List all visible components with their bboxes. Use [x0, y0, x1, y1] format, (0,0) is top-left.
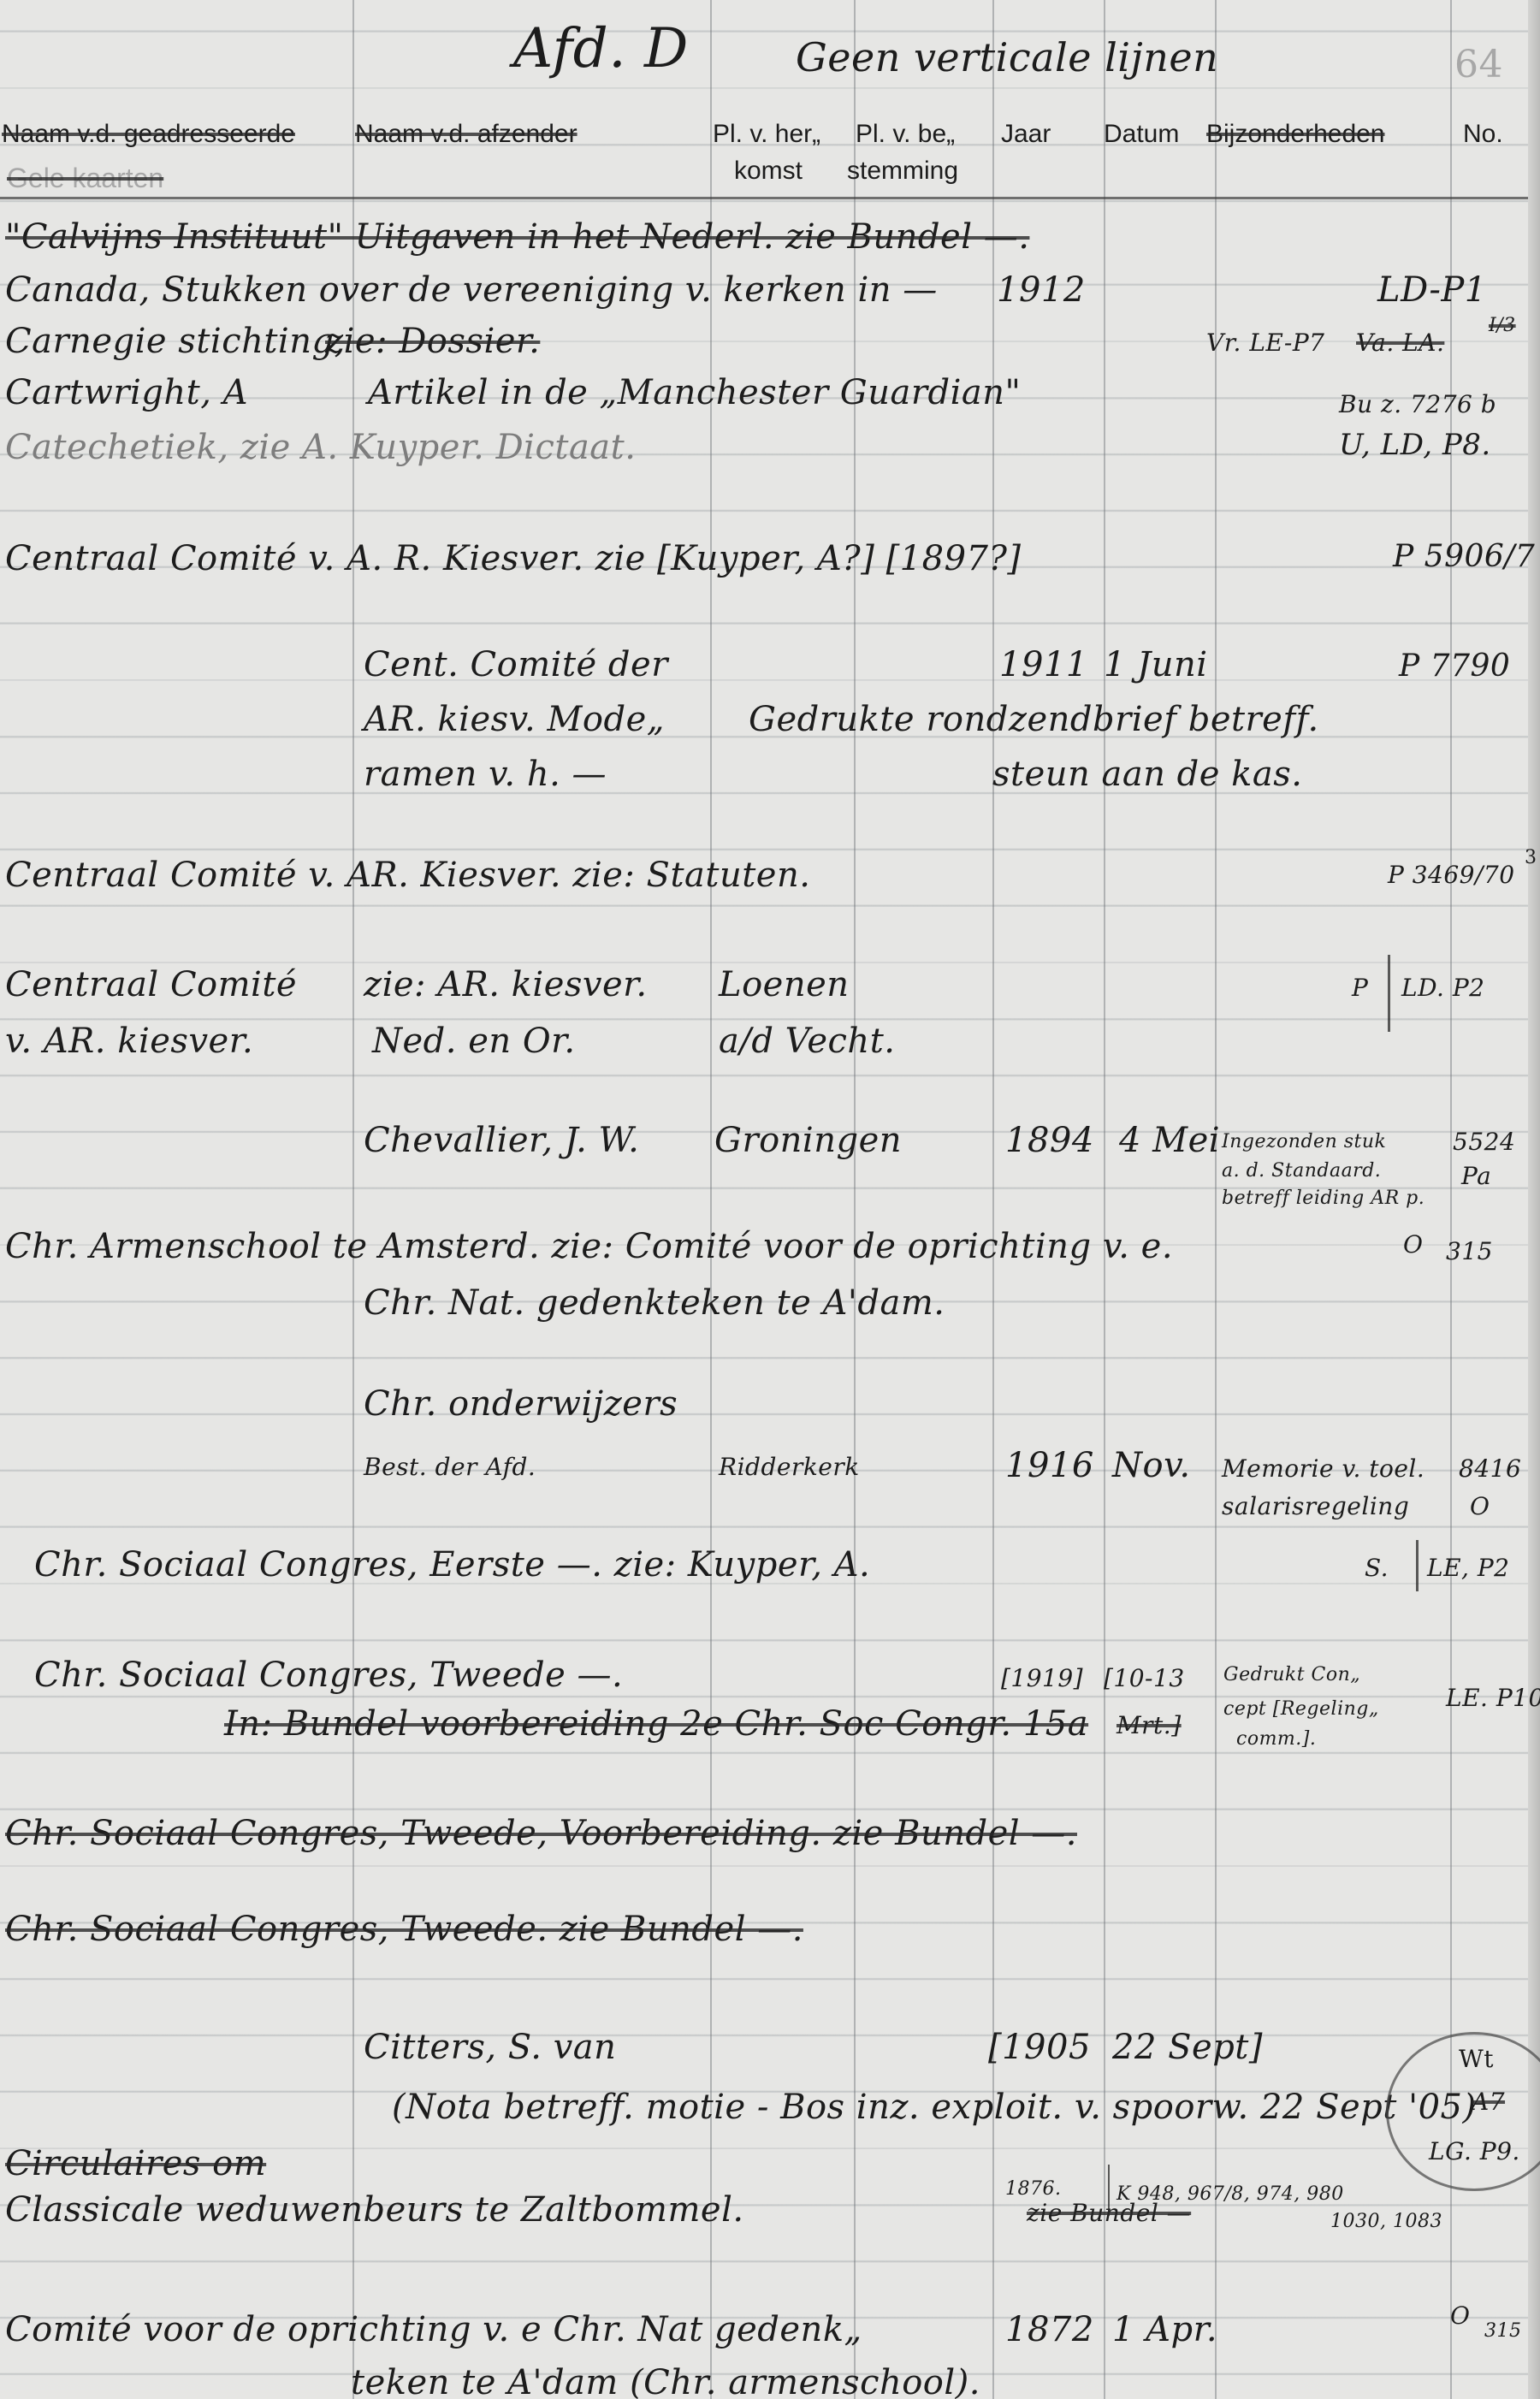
- entry-sociaal-1: Chr. Sociaal Congres, Eerste —. zie: Kuy…: [34, 1545, 870, 1585]
- entry-canada-number: LD-P1: [1377, 270, 1487, 310]
- header-origin-2: komst: [734, 157, 803, 186]
- entry-comite-prefix: O: [1450, 2301, 1470, 2330]
- entry-onderwijzers-date: Nov.: [1112, 1446, 1191, 1485]
- entry-centraal-1: Centraal Comité v. A. R. Kiesver. zie [K…: [5, 539, 1022, 578]
- entry-centcomite-number: P 7790: [1399, 649, 1510, 684]
- divider-stroke: [1388, 955, 1390, 1032]
- header-date: Datum: [1104, 120, 1179, 149]
- entry-sociaal-1-prefix: S.: [1365, 1554, 1389, 1582]
- ledger-sheet: Afd. D Geen verticale lijnen 64 Naam v.d…: [0, 0, 1540, 2399]
- entry-carnegie-details: Vr. LE-P7: [1206, 329, 1325, 357]
- entry-chevallier-details-2: a. d. Standaard.: [1222, 1160, 1381, 1182]
- header-destination: Pl. v. be„: [856, 120, 955, 149]
- entry-comite-date: 1 Apr.: [1112, 2310, 1217, 2349]
- entry-sociaal-3: Chr. Sociaal Congres, Tweede, Voorbereid…: [5, 1814, 1077, 1853]
- column-rule: [1104, 0, 1105, 2399]
- entry-onderwijzers-details-2: salarisregeling: [1222, 1492, 1409, 1520]
- entry-canada: Canada, Stukken over de vereeniging v. k…: [5, 270, 938, 310]
- entry-classicale-year: 1876.: [1005, 2178, 1061, 2200]
- entry-chevallier-details-1: Ingezonden stuk: [1222, 1131, 1386, 1152]
- divider-stroke: [1416, 1540, 1419, 1591]
- entry-classicale-details-2: 1030, 1083: [1330, 2211, 1442, 2232]
- entry-carnegie-struck-sup: I/3: [1489, 315, 1516, 336]
- entry-sociaal-1-number: LE, P2: [1427, 1554, 1510, 1582]
- header-destination-2: stemming: [847, 157, 958, 186]
- entry-centraal-1-number: P 5906/7: [1393, 539, 1535, 574]
- entry-carnegie-struck: zie: Dossier.: [325, 322, 540, 361]
- entry-centcomite-desc-2: steun aan de kas.: [992, 755, 1303, 794]
- entry-chevallier-date: 4 Mei: [1119, 1121, 1220, 1160]
- entry-centraal-3-number: LD. P2: [1401, 974, 1485, 1002]
- entry-sociaal-2-details-1: Gedrukt Con„: [1223, 1664, 1360, 1685]
- entry-sociaal-2-date-1: [10-13: [1104, 1664, 1185, 1692]
- section-title: Afd. D: [513, 17, 689, 80]
- entry-armenschool-2: Chr. Nat. gedenkteken te A'dam.: [364, 1283, 945, 1323]
- entry-onderwijzers-2: Best. der Afd.: [364, 1453, 536, 1481]
- entry-citters-number-struck: A7: [1472, 2088, 1505, 2116]
- entry-cartwright-sender: Artikel in de „Manchester Guardian": [368, 373, 1021, 412]
- entry-centraal-3-1: Centraal Comité: [5, 965, 297, 1004]
- entry-sociaal-2-date-2: Mrt.]: [1116, 1711, 1182, 1739]
- entry-onderwijzers-year: 1916: [1005, 1446, 1094, 1485]
- entry-comite-number: 315: [1484, 2320, 1522, 2342]
- entry-onderwijzers-origin: Ridderkerk: [719, 1453, 860, 1481]
- entry-catechetiek-number: U, LD, P8.: [1339, 428, 1491, 462]
- entry-sociaal-2-year: [1919]: [1001, 1664, 1083, 1692]
- entry-centraal-3-prefix: P: [1352, 974, 1368, 1002]
- header-addressee: Naam v.d. geadresseerde: [2, 120, 295, 149]
- header-sender: Naam v.d. afzender: [355, 120, 577, 149]
- entry-circulaires: Circulaires om: [5, 2144, 266, 2183]
- entry-armenschool-prefix: O: [1403, 1230, 1423, 1259]
- entry-chevallier-sender: Chevallier, J. W.: [364, 1121, 639, 1160]
- entry-centraal-3-2: v. AR. kiesver.: [5, 1022, 253, 1061]
- entry-chevallier-number-2: Pa: [1461, 1162, 1491, 1190]
- entry-chevallier-details-3: betreff leiding AR p.: [1222, 1188, 1424, 1209]
- column-rule: [710, 0, 712, 2399]
- entry-sociaal-4: Chr. Sociaal Congres, Tweede. zie Bundel…: [5, 1910, 803, 1949]
- entry-sociaal-2: Chr. Sociaal Congres, Tweede —.: [34, 1656, 623, 1695]
- entry-armenschool-number: 315: [1446, 1237, 1493, 1265]
- entry-classicale: Classicale weduwenbeurs te Zaltbommel.: [5, 2190, 744, 2230]
- header-rule: [0, 197, 1540, 199]
- entry-centraal-3-origin-1: Loenen: [719, 965, 850, 1004]
- entry-onderwijzers-1: Chr. onderwijzers: [364, 1384, 678, 1424]
- entry-centcomite-sender-3: ramen v. h. —: [364, 755, 607, 794]
- entry-onderwijzers-number-1: 8416: [1459, 1454, 1521, 1483]
- entry-centraal-3-sender-2: Ned. en Or.: [372, 1022, 576, 1061]
- entry-comite: Comité voor de oprichting v. e Chr. Nat …: [5, 2310, 862, 2349]
- divider-stroke: [1108, 2165, 1110, 2216]
- entry-centraal-3-sender-1: zie: AR. kiesver.: [364, 965, 648, 1004]
- entry-comite-year: 1872: [1005, 2310, 1094, 2349]
- entry-classicale-details-1: K 948, 967/8, 974, 980: [1116, 2183, 1344, 2205]
- entry-onderwijzers-details-1: Memorie v. toel.: [1222, 1454, 1424, 1483]
- page-edge: [1528, 0, 1540, 2399]
- column-rule: [854, 0, 856, 2399]
- entry-sociaal-2-details-3: comm.].: [1236, 1728, 1316, 1750]
- entry-calvijns: "Calvijns Instituut" Uitgaven in het Ned…: [5, 217, 1029, 257]
- header-origin: Pl. v. her„: [713, 120, 820, 149]
- entry-catechetiek: Catechetiek, zie A. Kuyper. Dictaat.: [5, 428, 636, 467]
- entry-citters-number-top: Wt: [1459, 2045, 1494, 2073]
- entry-chevallier-origin: Groningen: [714, 1121, 902, 1160]
- entry-centraal-3-origin-2: a/d Vecht.: [719, 1022, 895, 1061]
- section-note: Geen verticale lijnen: [796, 34, 1218, 80]
- entry-citters-sender: Citters, S. van: [364, 2028, 616, 2067]
- entry-cartwright-number: Bu z. 7276 b: [1339, 390, 1496, 418]
- entry-centraal-2-sup: 3: [1525, 847, 1537, 868]
- entry-centcomite-sender-2: AR. kiesv. Mode„: [364, 700, 665, 739]
- entry-sociaal-2-number: LE. P10: [1446, 1684, 1540, 1712]
- entry-citters-date: 22 Sept]: [1112, 2028, 1263, 2067]
- entry-chevallier-number-1: 5524: [1453, 1128, 1515, 1156]
- page-number: 64: [1454, 43, 1503, 86]
- entry-citters-number-bottom: LG. P9.: [1429, 2137, 1520, 2165]
- entry-centraal-2-number: P 3469/70: [1388, 861, 1515, 889]
- entry-sociaal-2-struck: In: Bundel voorbereiding 2e Chr. Soc Con…: [224, 1704, 1088, 1744]
- header-details: Bijzonderheden: [1206, 120, 1385, 149]
- entry-chevallier-year: 1894: [1005, 1121, 1094, 1160]
- entry-canada-year: 1912: [997, 270, 1086, 310]
- entry-centcomite-desc-1: Gedrukte rondzendbrief betreff.: [749, 700, 1319, 739]
- entry-centcomite-year: 1911: [999, 645, 1088, 684]
- entry-comite-2: teken te A'dam (Chr. armenschool).: [351, 2363, 980, 2399]
- entry-citters-note: (Nota betreff. motie - Bos inz. exploit.…: [392, 2088, 1477, 2127]
- entry-armenschool: Chr. Armenschool te Amsterd. zie: Comité…: [5, 1227, 1173, 1266]
- entry-onderwijzers-number-2: O: [1470, 1492, 1490, 1520]
- header-number: No.: [1463, 120, 1503, 149]
- entry-centcomite-sender-1: Cent. Comité der: [364, 645, 668, 684]
- entry-carnegie-struck-details: Va. LA.: [1356, 329, 1444, 357]
- entry-citters-year: [1905: [988, 2028, 1091, 2067]
- entry-sociaal-2-details-2: cept [Regeling„: [1223, 1698, 1379, 1720]
- header-subnote: Gele kaarten: [7, 163, 163, 194]
- entry-centcomite-date: 1 Juni: [1104, 645, 1208, 684]
- entry-centraal-2: Centraal Comité v. AR. Kiesver. zie: Sta…: [5, 856, 810, 895]
- entry-cartwright: Cartwright, A: [5, 373, 248, 412]
- header-year: Jaar: [1001, 120, 1051, 149]
- entry-carnegie: Carnegie stichting,: [5, 322, 346, 361]
